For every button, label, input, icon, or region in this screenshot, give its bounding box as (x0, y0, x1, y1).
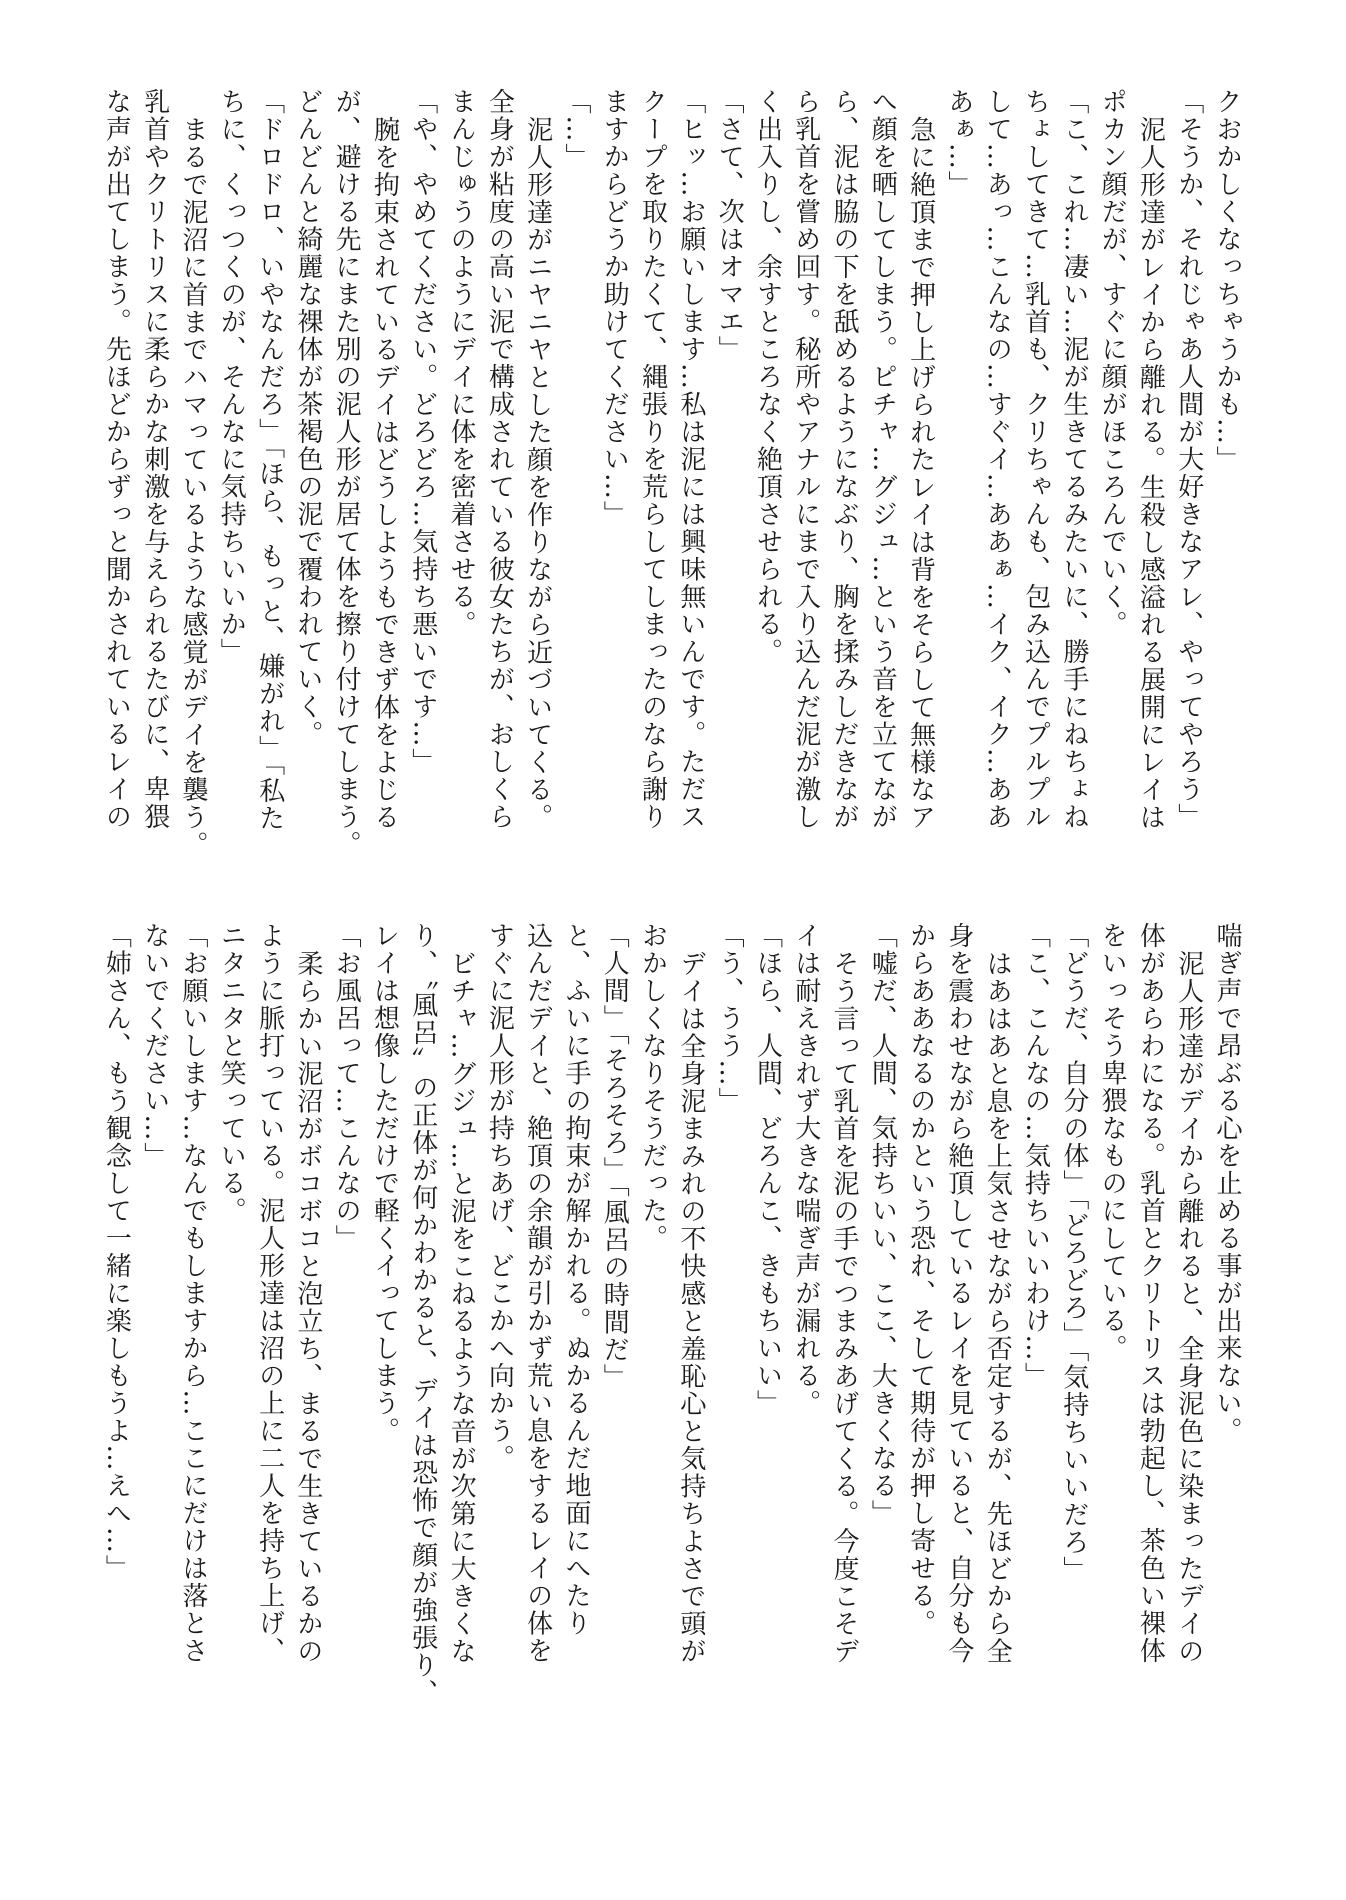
text-column: ニタニタと笑っている。 (212, 922, 250, 1672)
text-column: 「嘘だ、人間、気持ちいい、ここ、大きくなる」 (863, 922, 901, 1672)
text-column: からああなるのかという恐れ、そして期待が押し寄せる。 (901, 922, 939, 1672)
text-column: ように脈打っている。泥人形達は沼の上に二人を持ち上げ、 (250, 922, 288, 1672)
text-column: り、〝風呂〟の正体が何かわかると、デイは恐怖で顔が強張り、 (403, 922, 441, 1672)
text-column: ますからどうか助けてください…」 (595, 88, 633, 866)
bottom-text-block: 喘ぎ声で昂ぶる心を止める事が出来ない。泥人形達がデイから離れると、全身泥色に染ま… (97, 922, 1246, 1672)
text-column: 柔らかい泥沼がボコボコと泡立ち、まるで生きているかの (289, 922, 327, 1672)
text-column: 「そうか、それじゃあ人間が大好きなアレ、やってやろう」 (1169, 88, 1207, 866)
text-column: 「人間」「そろそろ」「風呂の時間だ」 (595, 922, 633, 1672)
text-column: ら、泥は脇の下を舐めるようになぶり、胸を揉みしだきなが (825, 88, 863, 866)
text-column: 「ほら、人間、どろんこ、きもちいい」 (748, 922, 786, 1672)
text-column: ビチャ…グジュ…と泥をこねるような音が次第に大きくな (442, 922, 480, 1672)
text-column: あぁ…」 (940, 88, 978, 866)
text-column: 「どうだ、自分の体」「どろどろ」「気持ちいいだろ」 (1055, 922, 1093, 1672)
text-column: な声が出てしまう。先ほどからずっと聞かされているレイの (97, 88, 135, 866)
text-column: デイは全身泥まみれの不快感と羞恥心と気持ちよさで頭が (672, 922, 710, 1672)
text-column: 「さて、次はオマエ」 (710, 88, 748, 866)
text-column: と、ふいに手の拘束が解かれる。ぬかるんだ地面にへたり (557, 922, 595, 1672)
novel-page: クおかしくなっちゃうかも…」「そうか、それじゃあ人間が大好きなアレ、やってやろう… (0, 0, 1346, 1900)
text-column: 「お願いします…なんでもしますから…ここにだけは落とさ (174, 922, 212, 1672)
text-column: 込んだデイと、絶頂の余韻が引かず荒い息をするレイの体を (518, 922, 556, 1672)
text-column: レイは想像しただけで軽くイってしまう。 (365, 922, 403, 1672)
text-column: して…あっ…こんなの…すぐイ…ああぁ…イク、イク…ああ (978, 88, 1016, 866)
text-column: クおかしくなっちゃうかも…」 (1208, 88, 1246, 866)
text-column: ポカン顔だが、すぐに顔がほころんでいく。 (1093, 88, 1131, 866)
text-column: 身を震わせながら絶頂しているレイを見ていると、自分も今 (940, 922, 978, 1672)
text-column: 「や、やめてください。どろどろ…気持ち悪いです…」 (403, 88, 441, 866)
text-column: 「う、うう…」 (710, 922, 748, 1672)
text-column: 泥人形達がニヤニヤとした顔を作りながら近づいてくる。 (518, 88, 556, 866)
text-column: ちょしてきて…乳首も、クリちゃんも、包み込んでプルプル (1016, 88, 1054, 866)
text-column: ないでください…」 (135, 922, 173, 1672)
text-column: どんどんと綺麗な裸体が茶褐色の泥で覆われていく。 (289, 88, 327, 866)
text-column: 「お風呂って…こんなの」 (327, 922, 365, 1672)
text-column: 「こ、こんなの…気持ちいいわけ…」 (1016, 922, 1054, 1672)
text-column: ら乳首を嘗め回す。秘所やアナルにまで入り込んだ泥が激し (786, 88, 824, 866)
text-column: 体があらわになる。乳首とクリトリスは勃起し、茶色い裸体 (1131, 922, 1169, 1672)
text-column: 腕を拘束されているデイはどうしようもできず体をよじる (365, 88, 403, 866)
text-column: をいっそう卑猥なものにしている。 (1093, 922, 1131, 1672)
text-column: まるで泥沼に首までハマっているような感覚がデイを襲う。 (174, 88, 212, 866)
text-column: 「ヒッ…お願いします…私は泥には興味無いんです。ただス (672, 88, 710, 866)
text-column: 「…」 (557, 88, 595, 866)
text-column: イは耐えきれず大きな喘ぎ声が漏れる。 (786, 922, 824, 1672)
text-column: ちに、くっつくのが、そんなに気持ちいいか」 (212, 88, 250, 866)
text-column: まんじゅうのようにデイに体を密着させる。 (442, 88, 480, 866)
text-column: へ顔を晒してしまう。ピチャ…グジュ…という音を立てなが (863, 88, 901, 866)
text-column: 泥人形達がレイから離れる。生殺し感溢れる展開にレイは (1131, 88, 1169, 866)
text-column: 乳首やクリトリスに柔らかな刺激を与えられるたびに、卑猥 (135, 88, 173, 866)
text-column: 喘ぎ声で昂ぶる心を止める事が出来ない。 (1208, 922, 1246, 1672)
text-column: が、避ける先にまた別の泥人形が居て体を擦り付けてしまう。 (327, 88, 365, 866)
text-column: そう言って乳首を泥の手でつまみあげてくる。今度こそデ (825, 922, 863, 1672)
text-column: 「ドロドロ、いやなんだろ」「ほら、もっと、嫌がれ」「私た (250, 88, 288, 866)
text-column: クープを取りたくて、縄張りを荒らしてしまったのなら謝り (633, 88, 671, 866)
text-column: 全身が粘度の高い泥で構成されている彼女たちが、おしくら (480, 88, 518, 866)
text-column: はあはあと息を上気させながら否定するが、先ほどから全 (978, 922, 1016, 1672)
text-column: おかしくなりそうだった。 (633, 922, 671, 1672)
text-column: 急に絶頂まで押し上げられたレイは背をそらして無様なア (901, 88, 939, 866)
text-column: 「姉さん、もう観念して一緒に楽しもうよ…えへ…」 (97, 922, 135, 1672)
text-column: 泥人形達がデイから離れると、全身泥色に染まったデイの (1169, 922, 1207, 1672)
text-column: く出入りし、余すところなく絶頂させられる。 (748, 88, 786, 866)
top-text-block: クおかしくなっちゃうかも…」「そうか、それじゃあ人間が大好きなアレ、やってやろう… (97, 88, 1246, 866)
text-column: 「こ、これ…凄い…泥が生きてるみたいに、勝手にねちょね (1055, 88, 1093, 866)
text-column: すぐに泥人形が持ちあげ、どこかへ向かう。 (480, 922, 518, 1672)
